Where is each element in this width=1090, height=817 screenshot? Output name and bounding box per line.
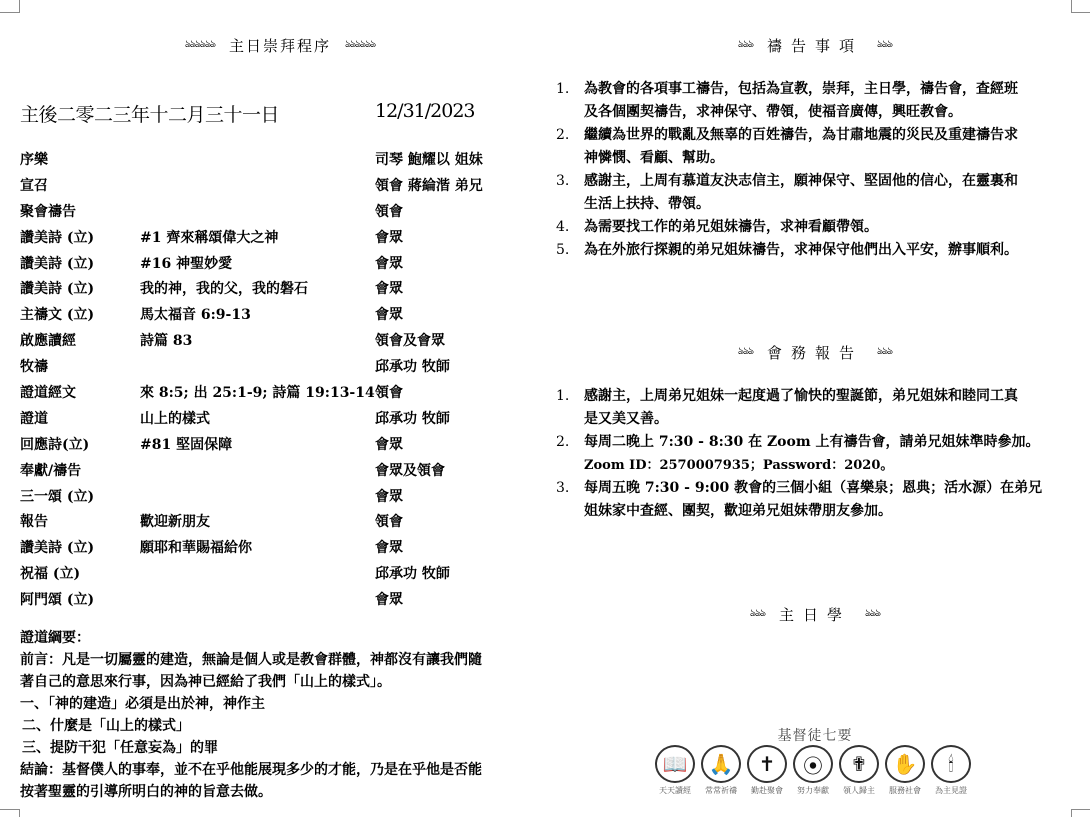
item-text: 為在外旅行探親的弟兄姐妹禱告，求神保守他們出入平安，辦事順利。 [584, 239, 1076, 262]
program-leader: 會眾 [375, 303, 403, 327]
program-detail: #81 堅固保障 [140, 433, 232, 457]
date-numeric: 12/31/2023 [375, 100, 475, 122]
witness-icon: 🕯 [931, 745, 971, 783]
program-row: 奉獻/禱告會眾及領會 [20, 459, 520, 485]
evangelism-icon: ✟ [839, 745, 879, 783]
program-row: 宣召領會 蔣綸湝 弟兄 [20, 174, 520, 200]
program-item: 讚美詩 (立) [20, 536, 94, 560]
program-leader: 會眾 [375, 277, 403, 301]
item-number: 5. [556, 239, 569, 262]
offering-icon: ⦿ [793, 745, 833, 783]
item-text: 為教會的各項事工禱告，包括為宣教，崇拜，主日學，禱告會，查經班 [584, 78, 1076, 101]
item-text: 是又美又善。 [584, 408, 1076, 431]
item-text: 神憐憫、看顧、幫助。 [584, 147, 1076, 170]
ornament-icon: ঌঌঌ [865, 606, 880, 623]
program-leader: 會眾 [375, 485, 403, 509]
program-item: 三一頌 (立) [20, 485, 94, 509]
essential-label: 服務社會 [882, 785, 928, 796]
program-leader: 邱承功 牧師 [375, 407, 450, 431]
program-row: 讚美詩 (立)我的神，我的父，我的磐石會眾 [20, 277, 520, 303]
program-row: 啟應讀經詩篇 83領會及會眾 [20, 329, 520, 355]
item-number: 3. [556, 477, 569, 500]
program-item: 讚美詩 (立) [20, 252, 94, 276]
heading-title: 主日學 [779, 604, 851, 625]
list-item: 1.為教會的各項事工禱告，包括為宣教，崇拜，主日學，禱告會，查經班及各個團契禱告… [556, 78, 1076, 124]
item-number: 1. [556, 78, 569, 101]
program-leader: 領會 蔣綸湝 弟兄 [375, 174, 483, 198]
program-item: 證道經文 [20, 381, 76, 405]
praying-icon: 🙏 [701, 745, 741, 783]
program-item: 牧禱 [20, 355, 48, 379]
service-icon: ✋ [885, 745, 925, 783]
item-text: 及各個團契禱告，求神保守、帶領，使福音廣傳，興旺教會。 [584, 101, 1076, 124]
program-leader: 領會 [375, 381, 403, 405]
essential-label: 常常祈禱 [698, 785, 744, 796]
program-leader: 會眾及領會 [375, 459, 445, 483]
program-leader: 領會及會眾 [375, 329, 445, 353]
list-item: 5.為在外旅行探親的弟兄姐妹禱告，求神保守他們出入平安，辦事順利。 [556, 239, 1076, 262]
outline-line: 三、提防干犯「任意妄為」的罪 [20, 737, 535, 759]
item-number: 3. [556, 170, 569, 193]
worship-program-heading: ঌঌঌঌঌঌ 主日崇拜程序 ঌঌঌঌঌঌ [100, 35, 460, 55]
essential-label: 天天讀經 [652, 785, 698, 796]
program-leader: 領會 [375, 200, 403, 224]
item-number: 4. [556, 216, 569, 239]
program-item: 主禱文 (立) [20, 303, 94, 327]
ornament-icon: ঌঌঌ [750, 606, 765, 623]
heading-title: 主日崇拜程序 [229, 35, 331, 56]
seven-essentials-title: 基督徒七要 [650, 725, 980, 745]
ornament-icon: ঌঌঌঌঌঌ [345, 37, 375, 54]
item-text: 生活上扶持、帶領。 [584, 193, 1076, 216]
prayer-requests-list: 1.為教會的各項事工禱告，包括為宣教，崇拜，主日學，禱告會，查經班及各個團契禱告… [556, 78, 1076, 262]
item-number: 1. [556, 385, 569, 408]
list-item: 2.繼續為世界的戰亂及無辜的百姓禱告，為甘肅地震的災民及重建禱告求神憐憫、看顧、… [556, 124, 1076, 170]
list-item: 4.為需要找工作的弟兄姐妹禱告，求神看顧帶領。 [556, 216, 1076, 239]
program-row: 牧禱邱承功 牧師 [20, 355, 520, 381]
service-date: 主後二零二三年十二月三十一日 12/31/2023 [20, 100, 520, 126]
program-item: 宣召 [20, 174, 48, 198]
worship-program-table: 序樂司琴 鮑耀以 姐妹 宣召領會 蔣綸湝 弟兄 聚會禱告領會 讚美詩 (立)#1… [20, 148, 520, 614]
heading-title: 禱告事項 [767, 35, 863, 56]
program-leader: 司琴 鮑耀以 姐妹 [375, 148, 483, 172]
outline-line: 結論：基督僕人的事奉，並不在乎他能展現多少的才能，乃是在乎他是否能 [20, 759, 535, 781]
program-detail: 願耶和華賜福給你 [140, 536, 252, 560]
outline-line: 一、「神的建造」必須是出於神，神作主 [20, 693, 535, 715]
item-text: 每周五晚 7:30 - 9:00 教會的三個小組（喜樂泉；恩典；活水源）在弟兄 [584, 477, 1076, 500]
program-row: 回應詩(立)#81 堅固保障會眾 [20, 433, 520, 459]
sermon-outline-title: 證道綱要： [20, 627, 535, 649]
item-number: 2. [556, 431, 569, 454]
item-text: 每周二晚上 7:30 - 8:30 在 Zoom 上有禱告會，請弟兄姐妹準時參加… [584, 431, 1076, 454]
prayer-requests-heading: ঌঌঌ 禱告事項 ঌঌঌ [690, 35, 940, 55]
program-row: 阿門頌 (立)會眾 [20, 588, 520, 614]
outline-line: 按著聖靈的引導所明白的神的旨意去做。 [20, 781, 535, 803]
program-detail: 詩篇 83 [140, 329, 192, 353]
crop-mark-bottom-left [0, 809, 20, 817]
program-detail: #1 齊來稱頌偉大之神 [140, 226, 278, 250]
program-detail: 歡迎新朋友 [140, 510, 210, 534]
item-text: 感謝主，上周有慕道友決志信主，願神保守、堅固他的信心，在靈裏和 [584, 170, 1076, 193]
program-leader: 會眾 [375, 588, 403, 612]
program-row: 報告歡迎新朋友領會 [20, 510, 520, 536]
sermon-outline: 證道綱要： 前言：凡是一切屬靈的建造，無論是個人或是教會群體，神都沒有讓我們隨 … [20, 627, 535, 803]
ornament-icon: ঌঌঌ [738, 37, 753, 54]
seven-essentials-logo: 📖 天天讀經 🙏 常常祈禱 ✝ 勤赴聚會 ⦿ 努力奉獻 ✟ 領人歸主 ✋ 服務社… [655, 745, 980, 795]
list-item: 3.每周五晚 7:30 - 9:00 教會的三個小組（喜樂泉；恩典；活水源）在弟… [556, 477, 1076, 523]
program-row: 讚美詩 (立)#16 神聖妙愛會眾 [20, 252, 520, 278]
program-detail: 我的神，我的父，我的磐石 [140, 277, 308, 301]
program-row: 讚美詩 (立)#1 齊來稱頌偉大之神會眾 [20, 226, 520, 252]
list-item: 1.感謝主，上周弟兄姐妹一起度過了愉快的聖誕節，弟兄姐妹和睦同工真是又美又善。 [556, 385, 1076, 431]
program-detail: 來 8:5; 出 25:1-9; 詩篇 19:13-14 [140, 381, 375, 405]
essential-label: 勤赴聚會 [744, 785, 790, 796]
program-item: 回應詩(立) [20, 433, 89, 457]
program-item: 祝福 (立) [20, 562, 80, 586]
program-detail: 山上的樣式 [140, 407, 210, 431]
heading-title: 會務報告 [767, 342, 863, 363]
item-text: Zoom ID：2570007935；Password：2020。 [584, 454, 1076, 477]
item-text: 為需要找工作的弟兄姐妹禱告，求神看顧帶領。 [584, 216, 1076, 239]
date-chinese: 主後二零二三年十二月三十一日 [20, 100, 279, 127]
program-leader: 領會 [375, 510, 403, 534]
program-row: 祝福 (立)邱承功 牧師 [20, 562, 520, 588]
program-leader: 會眾 [375, 226, 403, 250]
program-leader: 邱承功 牧師 [375, 355, 450, 379]
ornament-icon: ঌঌঌ [877, 37, 892, 54]
program-row: 聚會禱告領會 [20, 200, 520, 226]
program-item: 序樂 [20, 148, 48, 172]
essential-label: 為主見證 [928, 785, 974, 796]
sunday-school-heading: ঌঌঌ 主日學 ঌঌঌ [700, 604, 930, 624]
list-item: 2.每周二晚上 7:30 - 8:30 在 Zoom 上有禱告會，請弟兄姐妹準時… [556, 431, 1076, 477]
program-row: 三一頌 (立)會眾 [20, 485, 520, 511]
program-leader: 會眾 [375, 433, 403, 457]
program-item: 證道 [20, 407, 48, 431]
crop-mark-bottom-right [1071, 809, 1090, 817]
item-text: 姐妹家中查經、團契，歡迎弟兄姐妹帶朋友參加。 [584, 500, 1076, 523]
program-detail: #16 神聖妙愛 [140, 252, 232, 276]
list-item: 3.感謝主，上周有慕道友決志信主，願神保守、堅固他的信心，在靈裏和生活上扶持、帶… [556, 170, 1076, 216]
ornament-icon: ঌঌঌ [877, 344, 892, 361]
program-item: 讚美詩 (立) [20, 226, 94, 250]
crop-mark-top-left [0, 0, 20, 13]
program-row: 證道山上的樣式邱承功 牧師 [20, 407, 520, 433]
program-row: 讚美詩 (立)願耶和華賜福給你會眾 [20, 536, 520, 562]
outline-line: 前言：凡是一切屬靈的建造，無論是個人或是教會群體，神都沒有讓我們隨 [20, 649, 535, 671]
program-row: 序樂司琴 鮑耀以 姐妹 [20, 148, 520, 174]
item-text: 感謝主，上周弟兄姐妹一起度過了愉快的聖誕節，弟兄姐妹和睦同工真 [584, 385, 1076, 408]
program-item: 阿門頌 (立) [20, 588, 94, 612]
program-leader: 會眾 [375, 536, 403, 560]
crop-mark-top-right [1071, 0, 1090, 13]
program-leader: 會眾 [375, 252, 403, 276]
ornament-icon: ঌঌঌ [738, 344, 753, 361]
program-row: 主禱文 (立)馬太福音 6:9-13會眾 [20, 303, 520, 329]
essential-label: 努力奉獻 [790, 785, 836, 796]
program-item: 聚會禱告 [20, 200, 76, 224]
item-number: 2. [556, 124, 569, 147]
program-item: 啟應讀經 [20, 329, 76, 353]
program-item: 報告 [20, 510, 48, 534]
essential-label: 領人歸主 [836, 785, 882, 796]
program-item: 奉獻/禱告 [20, 459, 81, 483]
outline-line: 二、什麼是「山上的樣式」 [20, 715, 535, 737]
announcements-heading: ঌঌঌ 會務報告 ঌঌঌ [690, 342, 940, 362]
reading-icon: 📖 [655, 745, 695, 783]
worship-icon: ✝ [747, 745, 787, 783]
program-row: 證道經文來 8:5; 出 25:1-9; 詩篇 19:13-14領會 [20, 381, 520, 407]
outline-line: 著自己的意思來行事，因為神已經給了我們「山上的樣式」。 [20, 671, 535, 693]
program-item: 讚美詩 (立) [20, 277, 94, 301]
ornament-icon: ঌঌঌঌঌঌ [185, 37, 215, 54]
program-detail: 馬太福音 6:9-13 [140, 303, 251, 327]
announcements-list: 1.感謝主，上周弟兄姐妹一起度過了愉快的聖誕節，弟兄姐妹和睦同工真是又美又善。 … [556, 385, 1076, 523]
program-leader: 邱承功 牧師 [375, 562, 450, 586]
item-text: 繼續為世界的戰亂及無辜的百姓禱告，為甘肅地震的災民及重建禱告求 [584, 124, 1076, 147]
